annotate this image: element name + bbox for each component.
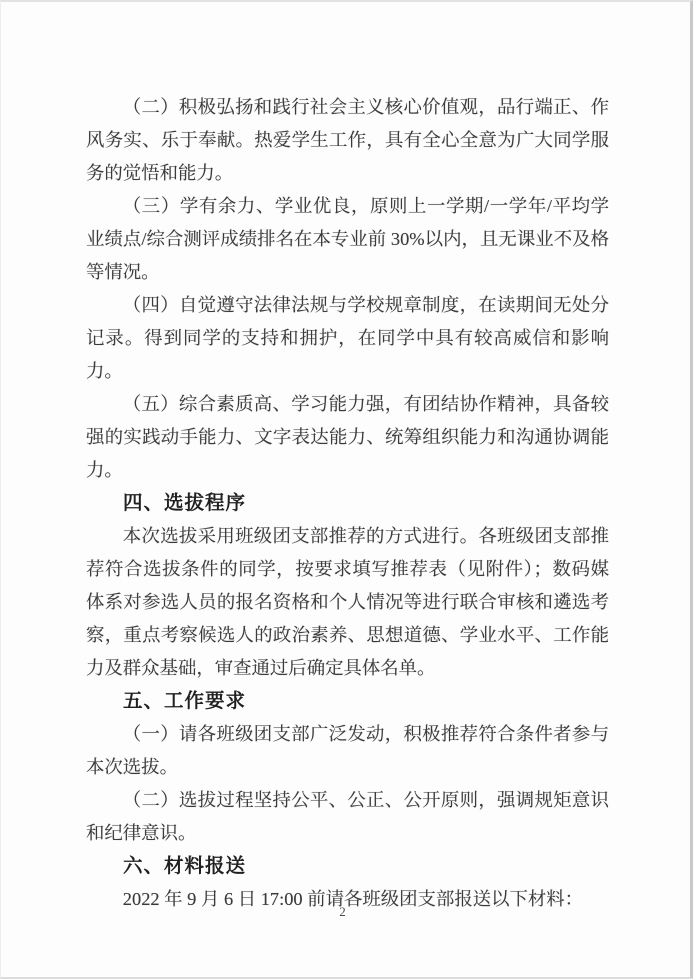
heading-section-4-selection-procedure: 四、选拔程序 [86, 487, 609, 520]
page-content: （二）积极弘扬和践行社会主义核心价值观，品行端正、作风务实、乐于奉献。热爱学生工… [86, 91, 609, 916]
para-criterion-5: （五）综合素质高、学习能力强，有团结协作精神，具备较强的实践动手能力、文字表达能… [86, 388, 609, 487]
heading-section-5-work-requirements: 五、工作要求 [86, 685, 609, 718]
para-criterion-4: （四）自觉遵守法律法规与学校规章制度，在读期间无处分记录。得到同学的支持和拥护，… [86, 289, 609, 388]
para-requirement-2: （二）选拔过程坚持公平、公正、公开原则，强调规矩意识和纪律意识。 [86, 784, 609, 850]
page-number: 2 [1, 904, 684, 920]
para-criterion-3: （三）学有余力、学业优良，原则上一学期/一学年/平均学业绩点/综合测评成绩排名在… [86, 190, 609, 289]
para-criterion-2: （二）积极弘扬和践行社会主义核心价值观，品行端正、作风务实、乐于奉献。热爱学生工… [86, 91, 609, 190]
para-selection-procedure: 本次选拔采用班级团支部推荐的方式进行。各班级团支部推荐符合选拔条件的同学，按要求… [86, 520, 609, 685]
heading-section-6-material-submission: 六、材料报送 [86, 850, 609, 883]
para-requirement-1: （一）请各班级团支部广泛发动，积极推荐符合条件者参与本次选拔。 [86, 718, 609, 784]
document-page: （二）积极弘扬和践行社会主义核心价值观，品行端正、作风务实、乐于奉献。热爱学生工… [0, 0, 693, 979]
